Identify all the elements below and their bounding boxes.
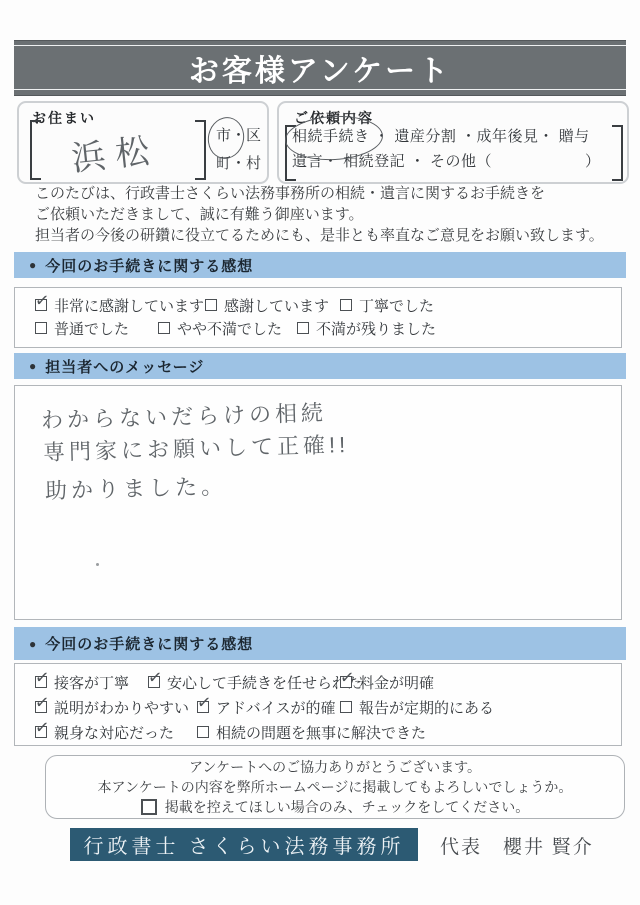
- checkbox[interactable]: ✓: [35, 322, 47, 334]
- checkbox[interactable]: ✓: [340, 676, 352, 688]
- scan-speck: [96, 563, 99, 566]
- bullet-icon: ●: [29, 258, 36, 272]
- checkbox-label: 親身な対応だった: [54, 722, 174, 743]
- checkbox-item[interactable]: ✓ 感謝しています: [205, 297, 329, 313]
- intro-line-2: ご依頼いただきまして、誠に有難う御座います。: [35, 204, 604, 225]
- title-banner: お客様アンケート: [14, 40, 626, 96]
- section3-options-box: ✓ 接客が丁寧 ✓ 安心して手続きを任せられた ✓ 料金が明確 ✓ 説明がわかり…: [14, 663, 622, 746]
- checkbox-item[interactable]: ✓ 相続の問題を無事に解決できた: [197, 724, 426, 740]
- checkbox-label: 感謝しています: [224, 295, 329, 316]
- footer-publish-question: 本アンケートの内容を弊所ホームページに掲載してもよろしいでしょうか。: [98, 778, 573, 797]
- checkbox-label: 普通でした: [54, 318, 129, 339]
- checkbox[interactable]: ✓: [35, 701, 47, 713]
- section2-title: 担当者へのメッセージ: [45, 356, 204, 377]
- close-bracket: [612, 125, 623, 181]
- checkbox[interactable]: ✓: [205, 299, 217, 311]
- checkbox-label: やや不満でした: [177, 318, 282, 339]
- checkbox-item[interactable]: ✓ 接客が丁寧: [35, 674, 129, 690]
- check-icon: ✓: [34, 667, 50, 688]
- footer-optout-row[interactable]: ✓ 掲載を控えてほしい場合のみ、チェックをしてください。: [141, 798, 529, 817]
- checkbox-item[interactable]: ✓ 不満が残りました: [297, 320, 436, 336]
- checkbox[interactable]: ✓: [35, 726, 47, 738]
- residence-handwritten-value[interactable]: 浜松: [69, 123, 162, 181]
- message-handwritten-line2: 専門家にお願いして正確!!: [43, 428, 350, 467]
- residence-label: お住まい: [32, 108, 96, 128]
- checkbox-label: 接客が丁寧: [54, 672, 129, 693]
- intro-paragraph: このたびは、行政書士さくらい法務事務所の相続・遺言に関するお手続きを ご依頼いた…: [35, 183, 604, 246]
- section1-header: ● 今回のお手続きに関する感想: [14, 252, 626, 278]
- section1-title: 今回のお手続きに関する感想: [45, 255, 253, 276]
- checkbox-item[interactable]: ✓ 説明がわかりやすい: [35, 699, 189, 715]
- checkbox-label: 不満が残りました: [316, 318, 436, 339]
- checkbox-label: アドバイスが的確: [216, 697, 336, 718]
- checkbox-item[interactable]: ✓ アドバイスが的確: [197, 699, 336, 715]
- residence-box: お住まい 浜松 市・区 町・村: [17, 101, 269, 184]
- check-icon: ✓: [196, 692, 212, 713]
- office-name: 行政書士 さくらい法務事務所: [84, 830, 405, 859]
- section3-title: 今回のお手続きに関する感想: [45, 633, 253, 654]
- footer-box: アンケートへのご協力ありがとうございます。 本アンケートの内容を弊所ホームページ…: [45, 755, 625, 819]
- checkbox-label: 説明がわかりやすい: [54, 697, 189, 718]
- section3-header: ● 今回のお手続きに関する感想: [14, 627, 626, 660]
- page-title: お客様アンケート: [14, 41, 626, 95]
- check-icon: ✓: [147, 667, 163, 688]
- message-box[interactable]: わからないだらけの相続 専門家にお願いして正確!! 助かりました。: [14, 385, 622, 620]
- bullet-icon: ●: [29, 359, 36, 373]
- checkbox-item[interactable]: ✓ 親身な対応だった: [35, 724, 174, 740]
- checkbox[interactable]: ✓: [297, 322, 309, 334]
- checkbox[interactable]: ✓: [197, 701, 209, 713]
- checkbox-item[interactable]: ✓ 普通でした: [35, 320, 129, 336]
- checkbox[interactable]: ✓: [340, 701, 352, 713]
- checkbox[interactable]: ✓: [35, 676, 47, 688]
- checkbox[interactable]: ✓: [35, 299, 47, 311]
- check-icon: ✓: [339, 667, 355, 688]
- check-icon: ✓: [34, 692, 50, 713]
- check-icon: ✓: [34, 290, 50, 311]
- request-box: ご依頼内容 相続手続き ・ 遺産分割 ・成年後見・ 贈与 遺言・ 相続登記 ・ …: [277, 101, 629, 184]
- section2-header: ● 担当者へのメッセージ: [14, 353, 626, 379]
- open-bracket: [30, 120, 41, 180]
- section1-options-box: ✓ 非常に感謝しています ✓ 感謝しています ✓ 丁寧でした ✓ 普通でした ✓…: [14, 287, 622, 348]
- checkbox[interactable]: ✓: [340, 299, 352, 311]
- message-handwritten-line3: 助かりました。: [45, 470, 228, 506]
- optout-checkbox[interactable]: ✓: [141, 799, 157, 815]
- checkbox-label: 相続の問題を無事に解決できた: [216, 722, 426, 743]
- checkbox-label: 料金が明確: [359, 672, 434, 693]
- checkbox[interactable]: ✓: [197, 726, 209, 738]
- optout-label: 掲載を控えてほしい場合のみ、チェックをしてください。: [165, 798, 529, 817]
- checkbox-item[interactable]: ✓ 料金が明確: [340, 674, 434, 690]
- checkbox-label: 丁寧でした: [359, 295, 434, 316]
- checkbox-item[interactable]: ✓ 安心して手続きを任せられた: [148, 674, 362, 690]
- checkbox[interactable]: ✓: [148, 676, 160, 688]
- representative-name: 代表 櫻井 賢介: [440, 832, 594, 859]
- footer-thanks: アンケートへのご協力ありがとうございます。: [189, 758, 481, 777]
- bullet-icon: ●: [29, 637, 36, 651]
- checkbox[interactable]: ✓: [158, 322, 170, 334]
- checkbox-label: 非常に感謝しています: [54, 295, 204, 316]
- survey-scan-page: お客様アンケート お住まい 浜松 市・区 町・村 ご依頼内容 相続手続き ・ 遺…: [0, 0, 640, 905]
- office-name-banner: 行政書士 さくらい法務事務所: [70, 828, 418, 861]
- close-bracket: [195, 120, 206, 180]
- check-icon: ✓: [34, 717, 50, 738]
- checkbox-label: 報告が定期的にある: [359, 697, 494, 718]
- intro-line-3: 担当者の今後の研鑽に役立てるためにも、是非とも率直なご意見をお願い致します。: [35, 225, 604, 246]
- intro-line-1: このたびは、行政書士さくらい法務事務所の相続・遺言に関するお手続きを: [35, 183, 604, 204]
- checkbox-item[interactable]: ✓ やや不満でした: [158, 320, 282, 336]
- checkbox-label: 安心して手続きを任せられた: [167, 672, 362, 693]
- checkbox-item[interactable]: ✓ 非常に感謝しています: [35, 297, 204, 313]
- checkbox-item[interactable]: ✓ 報告が定期的にある: [340, 699, 494, 715]
- checkbox-item[interactable]: ✓ 丁寧でした: [340, 297, 434, 313]
